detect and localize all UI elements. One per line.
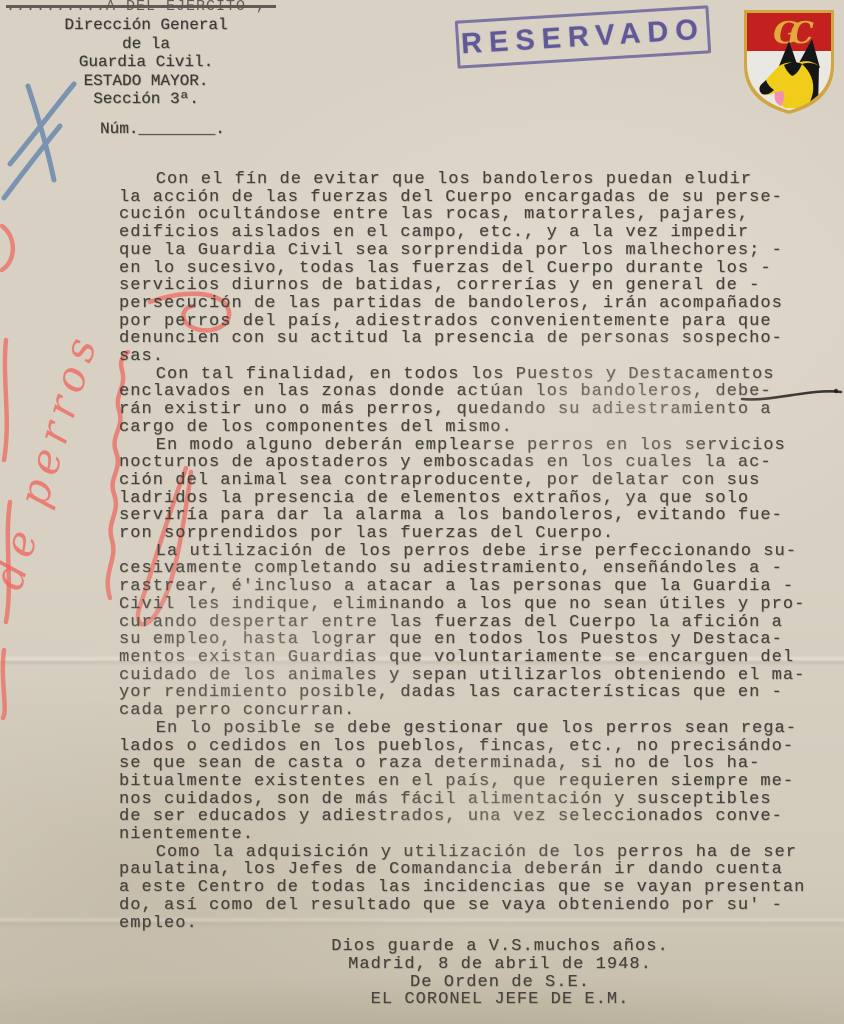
red-margin-note-text: de perros [0,326,108,595]
paragraph-5: En lo posible se debe gestionar que los … [119,720,837,844]
paragraph-6: Como la adquisición y utilización de los… [119,844,837,933]
closing-block: Dios guarde a V.S.muchos años. Madrid, 8… [302,938,698,1009]
paragraph-2: Con tal finalidad, en todos los Puestos … [119,366,837,437]
paragraph-4: La utilización de los perros debe irse p… [119,543,837,720]
scanned-document-page: ..........A DEL EJERCITO ,- Dirección Ge… [0,0,844,1024]
document-number-line: Núm.________. [100,120,225,138]
struck-header-line: ..........A DEL EJERCITO ,- [6,0,436,15]
letterhead-block: Dirección General de la Guardia Civil. E… [30,16,262,109]
reservado-stamp: RESERVADO [455,5,711,68]
dog-unit-crest: GC [739,6,839,118]
paragraph-1: Con el fín de evitar que los bandoleros … [119,171,837,366]
paragraph-3: En modo alguno deberán emplearse perros … [119,437,837,543]
letter-body: Con el fín de evitar que los bandoleros … [119,171,837,932]
